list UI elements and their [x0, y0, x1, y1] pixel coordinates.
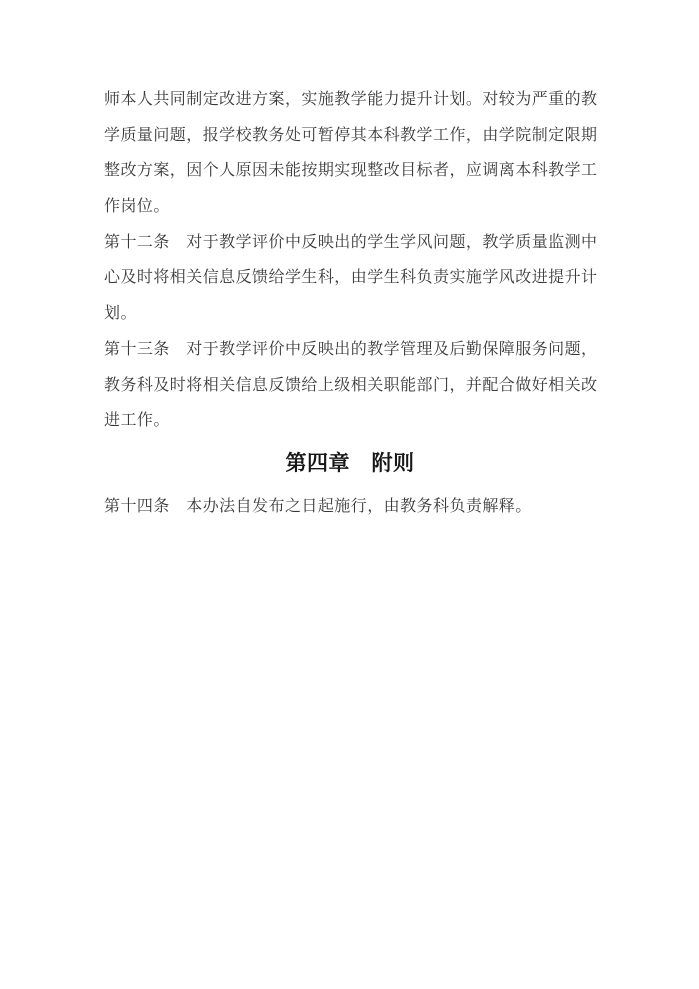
body-line-article-14: 第十四条 本办法自发布之日起施行，由教务科负责解释。: [104, 489, 596, 525]
document-text-block: 师本人共同制定改进方案，实施教学能力提升计划。对较为严重的教 学质量问题，报学校…: [104, 82, 596, 525]
chapter-heading: 第四章 附则: [104, 439, 596, 489]
body-line-article-12: 第十二条 对于教学评价中反映出的学生学风问题，教学质量监测中: [104, 225, 596, 261]
body-line: 师本人共同制定改进方案，实施教学能力提升计划。对较为严重的教: [104, 82, 596, 118]
document-page: 师本人共同制定改进方案，实施教学能力提升计划。对较为严重的教 学质量问题，报学校…: [0, 0, 699, 989]
body-line-paragraph-end: 划。: [104, 296, 596, 332]
body-line: 整改方案，因个人原因未能按期实现整改目标者，应调离本科教学工: [104, 153, 596, 189]
body-line-paragraph-end: 作岗位。: [104, 189, 596, 225]
body-line: 心及时将相关信息反馈给学生科，由学生科负责实施学风改进提升计: [104, 260, 596, 296]
body-line-article-13: 第十三条 对于教学评价中反映出的教学管理及后勤保障服务问题，: [104, 332, 596, 368]
body-line: 学质量问题，报学校教务处可暂停其本科教学工作，由学院制定限期: [104, 118, 596, 154]
body-line: 教务科及时将相关信息反馈给上级相关职能部门，并配合做好相关改: [104, 368, 596, 404]
body-line-paragraph-end: 进工作。: [104, 403, 596, 439]
